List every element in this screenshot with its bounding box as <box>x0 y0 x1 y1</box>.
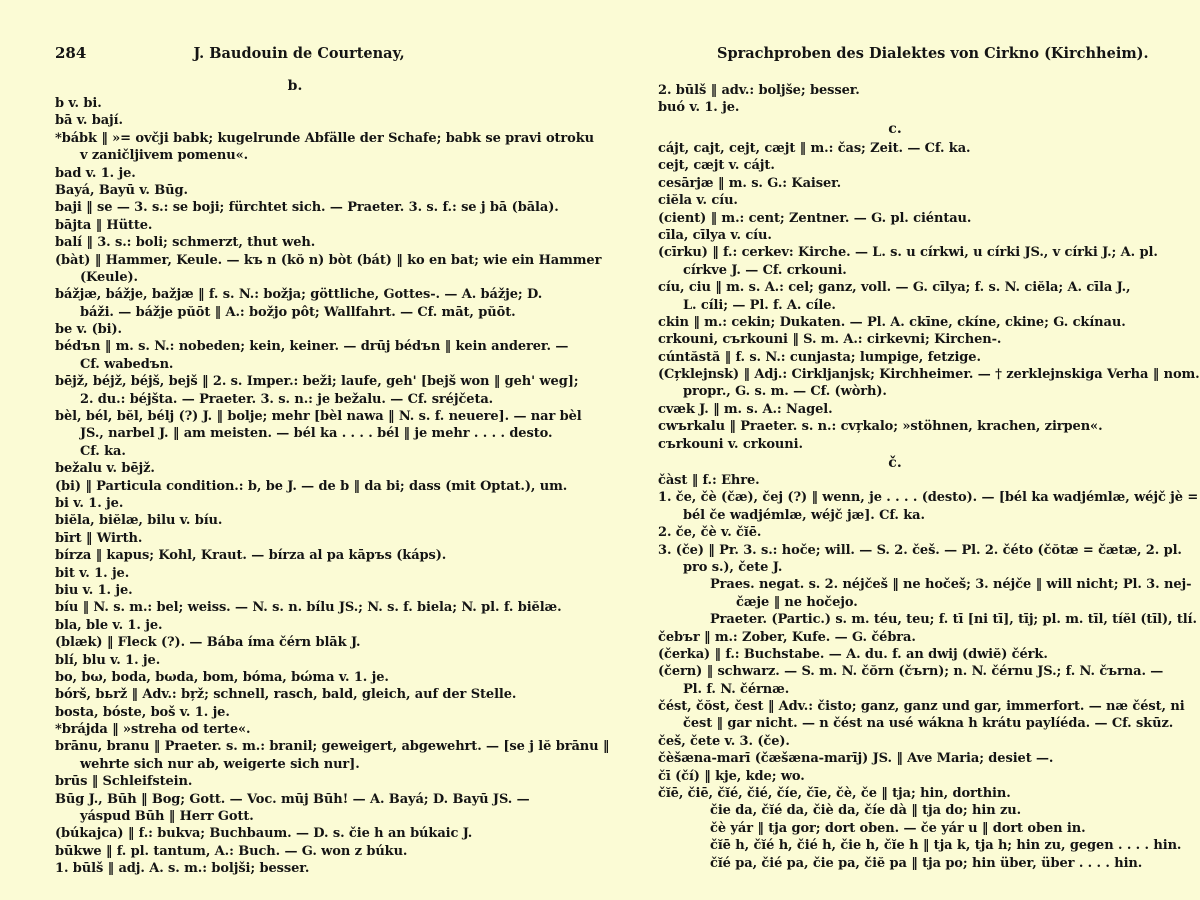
entry-list-cz: čàst ‖ f.: Ehre.1. če, čè (čæ), čej (?) … <box>658 472 1178 872</box>
entry-continuation: Cf. ka. <box>55 443 575 460</box>
dictionary-entry: 1. če, čè (čæ), čej (?) ‖ wenn, je . . .… <box>658 489 1178 506</box>
dictionary-entry: ciĕla v. cíu. <box>658 192 1178 209</box>
dictionary-entry: blí, blu v. 1. je. <box>55 652 575 669</box>
dictionary-entry: 2. če, čè v. čĭē. <box>658 524 1178 541</box>
entry-continuation: čest ‖ gar nicht. — n čést na usé wákna … <box>658 715 1178 732</box>
running-head-title: J. Baudouin de Courtenay, <box>193 45 404 62</box>
dictionary-entry: cīla, cīlya v. cíu. <box>658 227 1178 244</box>
entry-continuation: čĭé pa, čié pa, čie pa, čiĕ pa ‖ tja po;… <box>658 855 1178 872</box>
running-head-left: 284 J. Baudouin de Courtenay, <box>55 44 405 62</box>
dictionary-entry: (cīrku) ‖ f.: cerkev: Kirche. — L. s. u … <box>658 244 1178 261</box>
dictionary-entry: 3. (če) ‖ Pr. 3. s.: hoče; will. — S. 2.… <box>658 542 1178 559</box>
dictionary-entry: bi v. 1. je. <box>55 495 575 512</box>
entry-continuation: L. cíli; — Pl. f. A. cíle. <box>658 297 1178 314</box>
dictionary-entry: bórš, bьrž ‖ Adv.: bŗž; schnell, rasch, … <box>55 686 575 703</box>
dictionary-entry: ckin ‖ m.: cekin; Dukaten. — Pl. A. ckīn… <box>658 314 1178 331</box>
dictionary-entry: balí ‖ 3. s.: boli; schmerzt, thut weh. <box>55 234 575 251</box>
dictionary-entry: bežalu v. bējž. <box>55 460 575 477</box>
dictionary-entry: 1. būlš ‖ adj. A. s. m.: boljši; besser. <box>55 860 575 877</box>
dictionary-entry: bad v. 1. je. <box>55 165 575 182</box>
dictionary-entry: cíu, ciu ‖ m. s. A.: cel; ganz, voll. — … <box>658 279 1178 296</box>
dictionary-entry: bíu ‖ N. s. m.: bel; weiss. — N. s. n. b… <box>55 599 575 616</box>
dictionary-entry: 2. būlš ‖ adv.: boljše; besser. <box>658 82 1178 99</box>
entry-continuation: čæje ‖ ne hočejo. <box>658 594 1178 611</box>
dictionary-entry: čést, čŏst, čest ‖ Adv.: čisto; ganz, ga… <box>658 698 1178 715</box>
dictionary-entry: (bi) ‖ Particula condition.: b, be J. — … <box>55 478 575 495</box>
entry-list-right-top: 2. būlš ‖ adv.: boljše; besser.buó v. 1.… <box>658 82 1178 117</box>
dictionary-entry: bīrt ‖ Wirth. <box>55 530 575 547</box>
dictionary-entry: čebъr ‖ m.: Zober, Kufe. — G. čébra. <box>658 629 1178 646</box>
dictionary-entry: Būg J., Būh ‖ Bog; Gott. — Voc. mūj Būh!… <box>55 791 575 808</box>
dictionary-entry: brūs ‖ Schleifstein. <box>55 773 575 790</box>
dictionary-entry: cájt, cajt, cejt, cæjt ‖ m.: čas; Zeit. … <box>658 140 1178 157</box>
dictionary-entry: cvæk J. ‖ m. s. A.: Nagel. <box>658 401 1178 418</box>
dictionary-entry: buó v. 1. je. <box>658 99 1178 116</box>
entry-continuation: (Keule). <box>55 269 575 286</box>
page-number: 284 <box>55 44 86 62</box>
dictionary-entry: čĭē, čiē, čĭé, čié, číe, čīe, čè, če ‖ t… <box>658 785 1178 802</box>
running-head-right: Sprachproben des Dialektes von Cirkno (K… <box>717 44 1200 62</box>
dictionary-entry: biu v. 1. je. <box>55 582 575 599</box>
section-heading-b: b. <box>0 78 590 94</box>
left-page: 284 J. Baudouin de Courtenay, b. b v. bi… <box>0 0 600 900</box>
dictionary-entry: bèl, bél, bĕl, bélj (?) J. ‖ bolje; mehr… <box>55 408 575 425</box>
dictionary-entry: bla, ble v. 1. je. <box>55 617 575 634</box>
dictionary-entry: (Cŗklejnsk) ‖ Adj.: Cirkljanjsk; Kirchhe… <box>658 366 1178 383</box>
dictionary-entry: cesārjæ ‖ m. s. G.: Kaiser. <box>658 175 1178 192</box>
entry-continuation: JS., narbel J. ‖ am meisten. — bél ka . … <box>55 425 575 442</box>
dictionary-entry: bājta ‖ Hütte. <box>55 217 575 234</box>
dictionary-entry: (cient) ‖ m.: cent; Zentner. — G. pl. ci… <box>658 210 1178 227</box>
dictionary-entry: *brájda ‖ »streha od terte«. <box>55 721 575 738</box>
dictionary-entry: (búkajca) ‖ f.: bukva; Buchbaum. — D. s.… <box>55 825 575 842</box>
dictionary-entry: b v. bi. <box>55 95 575 112</box>
dictionary-entry: cúntăstă ‖ f. s. N.: cunjasta; lumpige, … <box>658 349 1178 366</box>
dictionary-entry: bit v. 1. je. <box>55 565 575 582</box>
dictionary-entry: crkouni, cъrkouni ‖ S. m. A.: cirkevni; … <box>658 331 1178 348</box>
dictionary-entry: bo, bω, boda, bωda, bom, bóma, bώma v. 1… <box>55 669 575 686</box>
dictionary-entry: Bayá, Bayū v. Būg. <box>55 182 575 199</box>
section-heading-cz: č. <box>600 455 1190 471</box>
dictionary-entry: (blæk) ‖ Fleck (?). — Bába íma čérn blāk… <box>55 634 575 651</box>
dictionary-entry: (čerka) ‖ f.: Buchstabe. — A. du. f. an … <box>658 646 1178 663</box>
entry-continuation: v zaničljivem pomenu«. <box>55 147 575 164</box>
right-page: Sprachproben des Dialektes von Cirkno (K… <box>600 0 1200 900</box>
entry-list-c: cájt, cajt, cejt, cæjt ‖ m.: čas; Zeit. … <box>658 140 1178 453</box>
entry-continuation: 2. du.: béjšta. — Praeter. 3. s. n.: je … <box>55 391 575 408</box>
dictionary-entry: (čern) ‖ schwarz. — S. m. N. čŏrn (čъrn)… <box>658 663 1178 680</box>
entry-continuation: čie da, čĭé da, čiè da, číe dà ‖ tja do;… <box>658 802 1178 819</box>
dictionary-entry: bosta, bóste, boš v. 1. je. <box>55 704 575 721</box>
dictionary-entry: būkwe ‖ f. pl. tantum, A.: Buch. — G. wo… <box>55 843 575 860</box>
entry-continuation: pro s.), čete J. <box>658 559 1178 576</box>
running-head-title: Sprachproben des Dialektes von Cirkno (K… <box>717 45 1149 62</box>
dictionary-entry: brānu, branu ‖ Praeter. s. m.: branil; g… <box>55 738 575 755</box>
dictionary-entry: bédъn ‖ m. s. N.: nobeden; kein, keiner.… <box>55 338 575 355</box>
entry-continuation: Praes. negat. s. 2. néjčeš ‖ ne hočeš; 3… <box>658 576 1178 593</box>
dictionary-entry: čī (čí) ‖ kje, kde; wo. <box>658 768 1178 785</box>
entry-continuation: Pl. f. N. čérnæ. <box>658 681 1178 698</box>
entry-continuation: čè yár ‖ tja gor; dort oben. — če yár u … <box>658 820 1178 837</box>
dictionary-entry: čàst ‖ f.: Ehre. <box>658 472 1178 489</box>
entry-continuation: Cf. wabedъn. <box>55 356 575 373</box>
dictionary-entry: bā v. bají. <box>55 112 575 129</box>
dictionary-entry: češ, čete v. 3. (če). <box>658 733 1178 750</box>
entry-continuation: bél če wadjémlæ, wéjč jæ]. Cf. ka. <box>658 507 1178 524</box>
entry-continuation: církve J. — Cf. crkouni. <box>658 262 1178 279</box>
dictionary-entry: cejt, cæjt v. cájt. <box>658 157 1178 174</box>
dictionary-entry: bírza ‖ kapus; Kohl, Kraut. — bírza al p… <box>55 547 575 564</box>
entry-continuation: propr., G. s. m. — Cf. (wòrh). <box>658 383 1178 400</box>
dictionary-entry: bējž, béjž, béjš, bejš ‖ 2. s. Imper.: b… <box>55 373 575 390</box>
entry-continuation: čĭē h, čĭé h, čié h, čie h, čĭe h ‖ tja … <box>658 837 1178 854</box>
dictionary-entry: biĕla, biĕlæ, bilu v. bíu. <box>55 512 575 529</box>
dictionary-entry: cъrkouni v. crkouni. <box>658 436 1178 453</box>
section-heading-c: c. <box>600 121 1190 137</box>
dictionary-entry: *bábk ‖ »= ovčji babk; kugelrunde Abfäll… <box>55 130 575 147</box>
entry-continuation: yáspud Būh ‖ Herr Gott. <box>55 808 575 825</box>
dictionary-entry: cwъrkalu ‖ Praeter. s. n.: cvŗkalo; »stö… <box>658 418 1178 435</box>
entry-continuation: Praeter. (Partic.) s. m. téu, teu; f. tī… <box>658 611 1178 628</box>
dictionary-entry: (bàt) ‖ Hammer, Keule. — kъ n (kŏ n) bòt… <box>55 252 575 269</box>
dictionary-entry: be v. (bi). <box>55 321 575 338</box>
dictionary-entry: baji ‖ se — 3. s.: se boji; fürchtet sic… <box>55 199 575 216</box>
entry-continuation: báži. — bážje pŭōt ‖ A.: božjo pôt; Wall… <box>55 304 575 321</box>
dictionary-entry: bážjæ, bážje, bažjæ ‖ f. s. N.: božja; g… <box>55 286 575 303</box>
entry-list-left: b v. bi.bā v. bají.*bábk ‖ »= ovčji babk… <box>55 95 575 878</box>
entry-continuation: wehrte sich nur ab, weigerte sich nur]. <box>55 756 575 773</box>
dictionary-entry: čèšæna-marī (čæšæna-marīj) JS. ‖ Ave Mar… <box>658 750 1178 767</box>
